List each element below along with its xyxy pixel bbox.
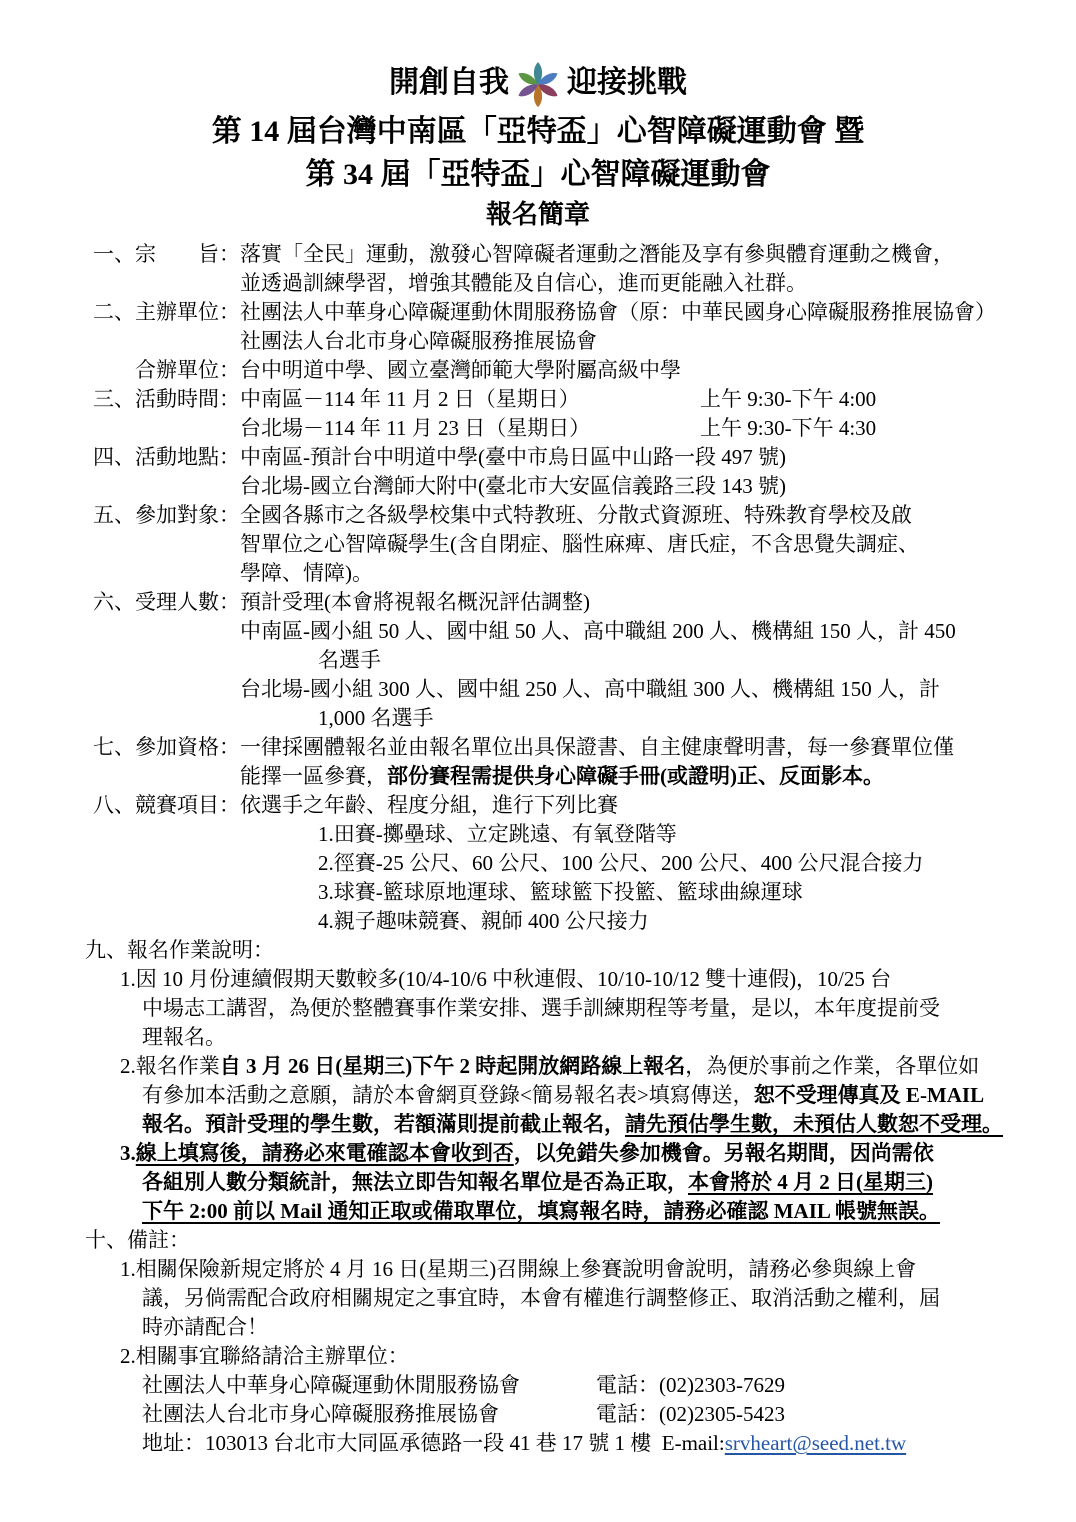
text-line: 社團法人中華身心障礙運動休閒服務協會（原：中華民國身心障礙服務推展協會） bbox=[240, 298, 1016, 327]
section-participants: 五、參加對象： 全國各縣市之各級學校集中式特教班、分散式資源班、特殊教育學校及啟… bbox=[85, 501, 1016, 588]
contact-phone: 電話：(02)2303-7629 bbox=[596, 1373, 785, 1397]
text-run: ，為便於事前之作業，各單位如 bbox=[685, 1054, 979, 1078]
section-sublabel: 合辦單位： bbox=[85, 356, 240, 385]
title-line-1-right: 迎接挑戰 bbox=[567, 61, 687, 105]
title-line-3: 第 34 屆「亞特盃」心智障礙運動會 bbox=[0, 153, 1076, 196]
text-line: 中南區-預計台中明道中學(臺中市烏日區中山路一段 497 號) bbox=[240, 443, 1016, 472]
title-line-1: 開創自我 迎接挑戰 bbox=[0, 56, 1076, 110]
contact-row: 社團法人台北市身心障礙服務推展協會電話：(02)2305-5423 bbox=[142, 1400, 1016, 1429]
section-registration: 九、報名作業說明： 1.因 10 月份連續假期天數較多(10/4-10/6 中秋… bbox=[85, 936, 1016, 1226]
event-hours: 上午 9:30-下午 4:30 bbox=[700, 416, 876, 440]
event-date: 台北場－114 年 11 月 23 日（星期日） bbox=[240, 414, 700, 443]
text-run: 2.報名作業 bbox=[120, 1054, 220, 1078]
section-label: 一、宗 旨： bbox=[85, 240, 240, 269]
section-eligibility: 七、參加資格： 一律採團體報名並由報名單位出具保證書、自主健康聲明書，每一參賽單… bbox=[85, 733, 1016, 791]
contact-org: 社團法人台北市身心障礙服務推展協會 bbox=[142, 1400, 596, 1429]
section-events: 八、競賽項目： 依選手之年齡、程度分組，進行下列比賽 1.田賽-擲壘球、立定跳遠… bbox=[85, 791, 1016, 936]
text-line: 1,000 名選手 bbox=[318, 704, 1016, 733]
contact-row: 社團法人中華身心障礙運動休閒服務協會電話：(02)2303-7629 bbox=[142, 1371, 1016, 1400]
text-run-bold-underline: 下午 2:00 前以 Mail 通知正取或備取單位，填寫報名時，請務必確認 MA… bbox=[142, 1199, 940, 1223]
text-line: 中場志工講習，為便於整體賽事作業安排、選手訓練期程等考量，是以，本年度提前受 bbox=[142, 994, 1016, 1023]
text-line: 中南區－114 年 11 月 2 日（星期日）上午 9:30-下午 4:00 bbox=[240, 385, 1016, 414]
section-label: 六、受理人數： bbox=[85, 588, 240, 617]
text-line: 學障、情障)。 bbox=[240, 559, 1016, 588]
text-line: 台北場－114 年 11 月 23 日（星期日）上午 9:30-下午 4:30 bbox=[240, 414, 1016, 443]
text-run-bold-underline: 本會將於 4 月 2 日(星期三) bbox=[688, 1170, 933, 1194]
section-header: 十、備註： bbox=[85, 1226, 1016, 1255]
section-remarks: 十、備註： 1.相關保險新規定將於 4 月 16 日(星期三)召開線上參賽說明會… bbox=[85, 1226, 1016, 1458]
text-line: 下午 2:00 前以 Mail 通知正取或備取單位，填寫報名時，請務必確認 MA… bbox=[142, 1197, 1016, 1226]
title-line-4: 報名簡章 bbox=[0, 196, 1076, 233]
title-line-1-left: 開創自我 bbox=[389, 61, 509, 105]
text-line: 依選手之年齡、程度分組，進行下列比賽 bbox=[240, 791, 1016, 820]
text-line: 議，另倘需配合政府相關規定之事宜時，本會有權進行調整修正、取消活動之權利，屆 bbox=[142, 1284, 1016, 1313]
text-line: 並透過訓練學習，增強其體能及自信心，進而更能融入社群。 bbox=[240, 269, 1016, 298]
document-header: 開創自我 迎接挑戰 第 14 屆台灣中南區「亞特盃」心智障礙運動會 暨 第 34… bbox=[0, 0, 1076, 233]
section-label: 四、活動地點： bbox=[85, 443, 240, 472]
title-line-2: 第 14 屆台灣中南區「亞特盃」心智障礙運動會 暨 bbox=[0, 110, 1076, 153]
section-label: 二、主辦單位： bbox=[85, 298, 240, 327]
text-line: 社團法人台北市身心障礙服務推展協會 bbox=[240, 327, 1016, 356]
event-item: 1.田賽-擲壘球、立定跳遠、有氧登階等 bbox=[318, 820, 1016, 849]
text-line: 全國各縣市之各級學校集中式特教班、分散式資源班、特殊教育學校及啟 bbox=[240, 501, 1016, 530]
text-line: 台北場-國小組 300 人、國中組 250 人、高中職組 300 人、機構組 1… bbox=[240, 675, 1016, 704]
text-line: 落實「全民」運動，激發心智障礙者運動之潛能及享有參與體育運動之機會， bbox=[240, 240, 1016, 269]
text-run: 有參加本活動之意願，請於本會網頁登錄<簡易報名表>填寫傳送， bbox=[142, 1083, 754, 1107]
text-line: 智單位之心智障礙學生(含自閉症、腦性麻痺、唐氏症，不含思覺失調症、 bbox=[240, 530, 1016, 559]
section-event-time: 三、活動時間： 中南區－114 年 11 月 2 日（星期日）上午 9:30-下… bbox=[85, 385, 1016, 443]
email-link[interactable]: srvheart@seed.net.tw bbox=[725, 1431, 906, 1455]
section-quota: 六、受理人數： 預計受理(本會將視報名概況評估調整) 中南區-國小組 50 人、… bbox=[85, 588, 1016, 733]
registration-note-1: 1.因 10 月份連續假期天數較多(10/4-10/6 中秋連假、10/10-1… bbox=[120, 965, 1016, 994]
section-label: 七、參加資格： bbox=[85, 733, 240, 762]
text-line: 預計受理(本會將視報名概況評估調整) bbox=[240, 588, 1016, 617]
text-run-bold-underline: 請先預估學生數，未預估人數恕不受理。 bbox=[625, 1112, 1003, 1136]
document-body: 一、宗 旨： 落實「全民」運動，激發心智障礙者運動之潛能及享有參與體育運動之機會… bbox=[0, 233, 1076, 1458]
contact-org: 社團法人中華身心障礙運動休閒服務協會 bbox=[142, 1371, 596, 1400]
text-line: 報名。預計受理的學生數，若額滿則提前截止報名，請先預估學生數，未預估人數恕不受理… bbox=[142, 1110, 1016, 1139]
text-run-bold: 各組別人數分類統計，無法立即告知報名單位是否為正取， bbox=[142, 1170, 688, 1194]
contact-address-row: 地址：103013 台北市大同區承德路一段 41 巷 17 號 1 樓 E-ma… bbox=[142, 1429, 1016, 1458]
event-hours: 上午 9:30-下午 4:00 bbox=[700, 387, 876, 411]
registration-note-2: 2.報名作業自 3 月 26 日(星期三)下午 2 時起開放網路線上報名，為便於… bbox=[120, 1052, 1016, 1081]
event-item: 4.親子趣味競賽、親師 400 公尺接力 bbox=[318, 907, 1016, 936]
text-run-bold: ，以免錯失參加機會。另報名期間，因尚需依 bbox=[514, 1141, 934, 1165]
flower-logo-icon bbox=[513, 56, 563, 110]
text-line: 中南區-國小組 50 人、國中組 50 人、高中職組 200 人、機構組 150… bbox=[240, 617, 1016, 646]
event-item: 3.球賽-籃球原地運球、籃球籃下投籃、籃球曲線運球 bbox=[318, 878, 1016, 907]
section-label: 五、參加對象： bbox=[85, 501, 240, 530]
text-run-bold: 報名。預計受理的學生數，若額滿則提前截止報名， bbox=[142, 1112, 625, 1136]
section-co-organizers: 合辦單位： 台中明道中學、國立臺灣師範大學附屬高級中學 bbox=[85, 356, 1016, 385]
text-line: 有參加本活動之意願，請於本會網頁登錄<簡易報名表>填寫傳送，恕不受理傳真及 E-… bbox=[142, 1081, 1016, 1110]
text-line: 台中明道中學、國立臺灣師範大學附屬高級中學 bbox=[240, 356, 1016, 385]
section-header: 九、報名作業說明： bbox=[85, 936, 1016, 965]
text-run-bold: 3. bbox=[120, 1141, 136, 1165]
text-line: 名選手 bbox=[318, 646, 1016, 675]
remark-2: 2.相關事宜聯絡請洽主辦單位： bbox=[120, 1342, 1016, 1371]
section-label: 八、競賽項目： bbox=[85, 791, 240, 820]
text-line: 時亦請配合！ bbox=[142, 1313, 1016, 1342]
section-purpose: 一、宗 旨： 落實「全民」運動，激發心智障礙者運動之潛能及享有參與體育運動之機會… bbox=[85, 240, 1016, 298]
remark-1: 1.相關保險新規定將於 4 月 16 日(星期三)召開線上參賽說明會說明，請務必… bbox=[120, 1255, 1016, 1284]
text-line: 理報名。 bbox=[142, 1023, 1016, 1052]
section-event-location: 四、活動地點： 中南區-預計台中明道中學(臺中市烏日區中山路一段 497 號) … bbox=[85, 443, 1016, 501]
text-line: 各組別人數分類統計，無法立即告知報名單位是否為正取，本會將於 4 月 2 日(星… bbox=[142, 1168, 1016, 1197]
text-line: 台北場-國立台灣師大附中(臺北市大安區信義路三段 143 號) bbox=[240, 472, 1016, 501]
event-item: 2.徑賽-25 公尺、60 公尺、100 公尺、200 公尺、400 公尺混合接… bbox=[318, 849, 1016, 878]
text-run-bold: 自 3 月 26 日(星期三)下午 2 時起開放網路線上報名 bbox=[220, 1054, 686, 1078]
section-organizers: 二、主辦單位： 社團法人中華身心障礙運動休閒服務協會（原：中華民國身心障礙服務推… bbox=[85, 298, 1016, 356]
contact-address: 地址：103013 台北市大同區承德路一段 41 巷 17 號 1 樓 E-ma… bbox=[142, 1431, 725, 1455]
text-run-bold-underline: 線上填寫後，請務必來電確認本會收到否 bbox=[136, 1141, 514, 1165]
contact-phone: 電話：(02)2305-5423 bbox=[596, 1402, 785, 1426]
text-run: 能擇一區參賽， bbox=[240, 764, 387, 788]
document-page: 開創自我 迎接挑戰 第 14 屆台灣中南區「亞特盃」心智障礙運動會 暨 第 34… bbox=[0, 0, 1076, 1522]
text-run-bold: 恕不受理傳真及 E-MAIL bbox=[754, 1083, 984, 1107]
text-run-bold: 部份賽程需提供身心障礙手冊(或證明)正、反面影本。 bbox=[387, 764, 884, 788]
registration-note-3: 3.線上填寫後，請務必來電確認本會收到否，以免錯失參加機會。另報名期間，因尚需依 bbox=[120, 1139, 1016, 1168]
text-line: 一律採團體報名並由報名單位出具保證書、自主健康聲明書，每一參賽單位僅 bbox=[240, 733, 1016, 762]
event-date: 中南區－114 年 11 月 2 日（星期日） bbox=[240, 385, 700, 414]
section-label: 三、活動時間： bbox=[85, 385, 240, 414]
text-line: 能擇一區參賽，部份賽程需提供身心障礙手冊(或證明)正、反面影本。 bbox=[240, 762, 1016, 791]
